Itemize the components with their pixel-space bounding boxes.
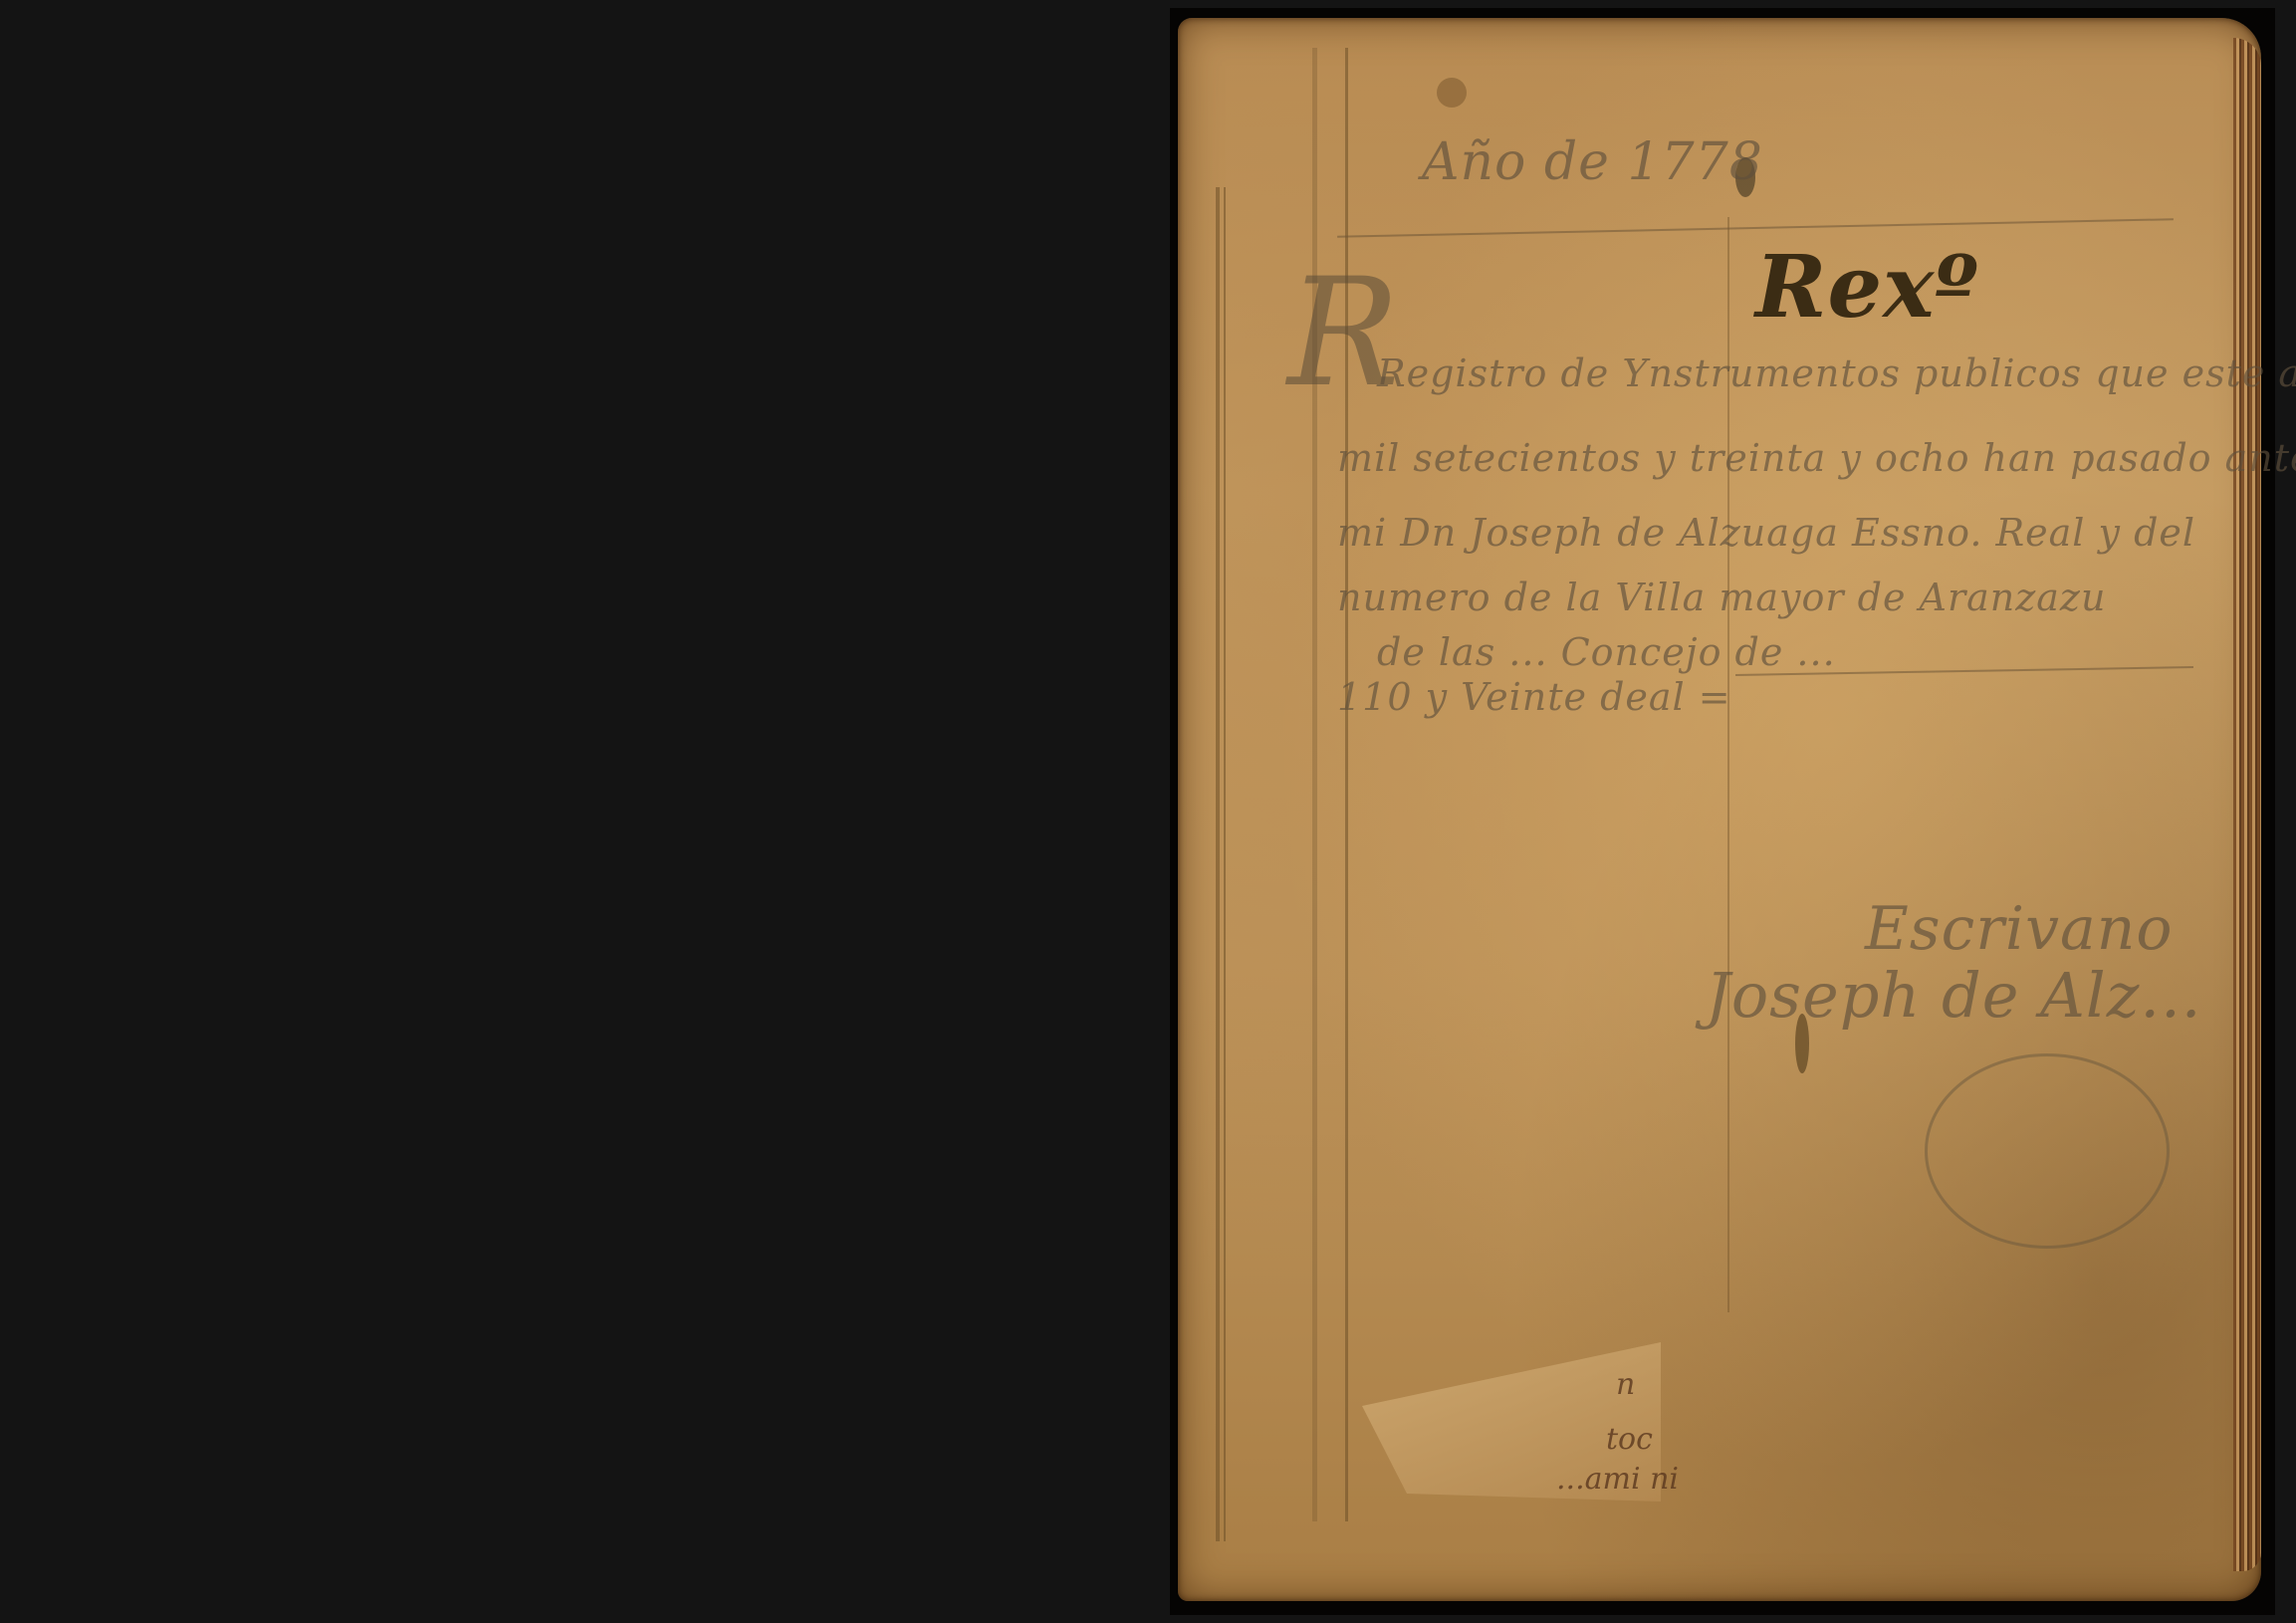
body-line: numero de la Villa mayor de Aranzazu — [1337, 576, 2106, 619]
flap-fragment: n — [1616, 1367, 1635, 1402]
header-year: Año de 1778 — [1422, 132, 1763, 192]
body-line: 110 y Veinte deal = — [1337, 675, 1731, 719]
document-title: Rexº — [1755, 237, 1978, 338]
body-line: mi Dn Joseph de Alzuaga Essno. Real y de… — [1337, 511, 2195, 555]
seal-flourish — [1925, 1053, 2170, 1249]
ink-stain — [1437, 78, 1467, 108]
image-viewer: Año de 1778 R Rexº Registro de Ynstrumen… — [0, 0, 2296, 1623]
signature-title: Escrivano — [1865, 894, 2174, 964]
signature-name: Joseph de Alz... — [1706, 959, 2202, 1032]
ruled-line — [1337, 218, 2174, 238]
flap-fragment: toc — [1606, 1422, 1653, 1457]
page-edge — [2233, 38, 2261, 1571]
manuscript-photo[interactable]: Año de 1778 R Rexº Registro de Ynstrumen… — [1170, 8, 2275, 1615]
binding-line — [1216, 187, 1220, 1541]
manuscript-page: Año de 1778 R Rexº Registro de Ynstrumen… — [1178, 18, 2261, 1601]
flap-fragment: ...ami ni — [1556, 1462, 1679, 1497]
body-line: Registro de Ynstrumentos publicos que es… — [1377, 351, 2296, 395]
body-line: de las ... Concejo de ... — [1377, 630, 1836, 674]
body-line: mil setecientos y treinta y ocho han pas… — [1337, 436, 2296, 480]
binding-line — [1224, 187, 1226, 1541]
